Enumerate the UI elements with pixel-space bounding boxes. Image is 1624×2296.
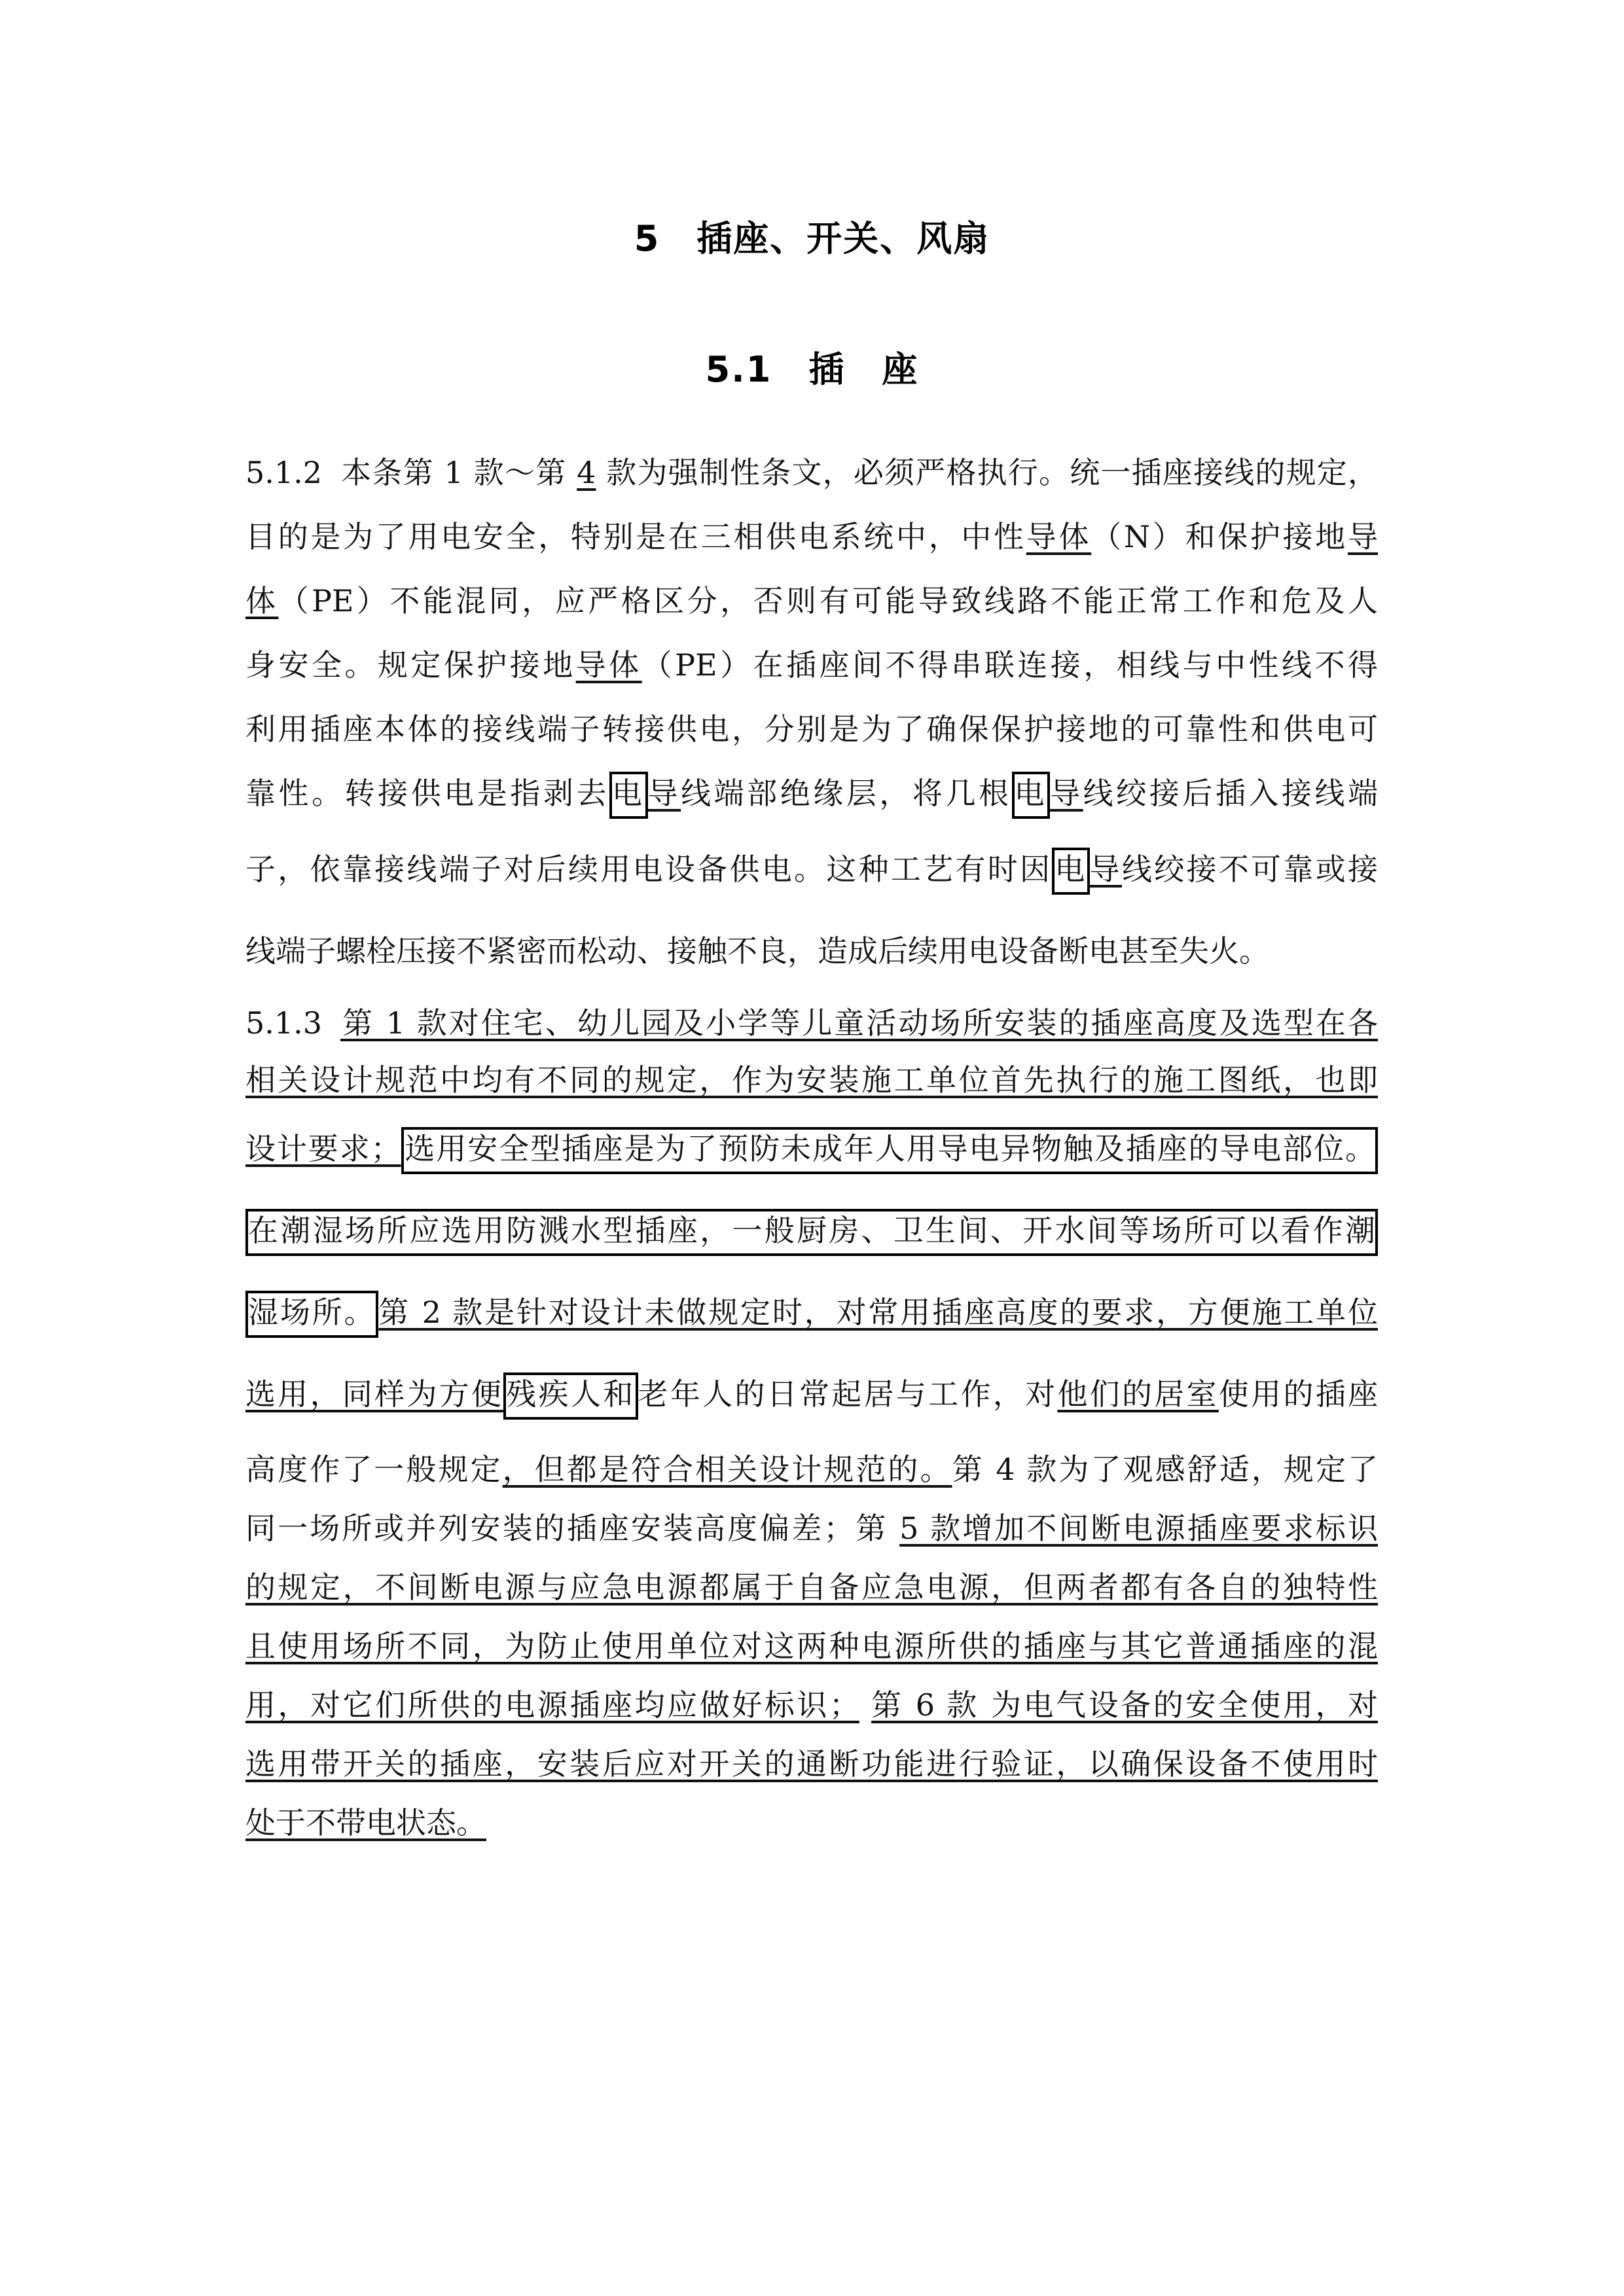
section-title: 插 座 [808, 349, 918, 390]
clause-5-1-3-line: 选用，同样为方便残疾人和老年人的日常起居与工作，对他们的居室使用的插座 [245, 1374, 1378, 1414]
clause-5-1-3-line: 同一场所或并列安装的插座安装高度偏差；第 5 款增加不间断电源插座要求标识 [245, 1509, 1378, 1548]
clause-5-1-3-line: 相关设计规范中均有不同的规定，作为安装施工单位首先执行的施工图纸，也即 [245, 1060, 1378, 1100]
clause-5-1-3-line: 用，对它们所供的电源插座均应做好标识； 第 6 款 为电气设备的安全使用，对 [245, 1685, 1378, 1725]
text-run: 高度作了一般规定 [245, 1452, 503, 1487]
clause-5-1-2-line: 线端子螺栓压接不紧密而松动、接触不良，造成后续用电设备断电甚至失火。 [245, 931, 1378, 971]
clause-5-1-3-line: 的规定，不间断电源与应急电源都属于自备应急电源，但两者都有各自的独特性 [245, 1568, 1378, 1607]
boxed-text: 电 [1012, 772, 1051, 819]
text-run: 靠性。转接供电是指剥去 [245, 776, 609, 811]
underlined-text: 第 6 款 为电气设备的安全使用，对 [871, 1687, 1378, 1723]
underlined-text: 选用，同样为方便 [245, 1376, 503, 1412]
clause-5-1-3-line: 选用带开关的插座，安装后应对开关的通断功能进行验证，以确保设备不使用时 [245, 1744, 1378, 1784]
text-run: 线端部绝缘层，将几根 [681, 776, 1011, 811]
underlined-text: 导 [1348, 519, 1378, 554]
underlined-text: 且使用场所不同，为防止使用单位对这两种电源所供的插座与其它普通插座的混 [245, 1628, 1378, 1664]
underlined-text: 选用带开关的插座，安装后应对开关的通断功能进行验证，以确保设备不使用时 [245, 1746, 1378, 1782]
underlined-text: ，但都是符合相关设计规范的。 [503, 1452, 952, 1487]
clause-5-1-2-line: 子，依靠接线端子对后续用电设备供电。这种工艺有时因电导线绞接不可靠或接 [245, 850, 1378, 889]
underlined-text: 4 [577, 455, 596, 490]
clause-5-1-3-line: 湿场所。第 2 款是针对设计未做规定时，对常用插座高度的要求，方便施工单位 [245, 1293, 1378, 1332]
boxed-text: 电 [1052, 848, 1089, 895]
chapter-title: 插座、开关、风扇 [696, 218, 990, 259]
section-number: 5.1 [706, 349, 772, 390]
underlined-text: 设计要求； [245, 1131, 401, 1166]
clause-5-1-3-line: 处于不带电状态。 [245, 1803, 1378, 1842]
boxed-text: 湿场所。 [245, 1291, 378, 1338]
underlined-text: 第 2 款是针对设计未做规定时，对常用插座高度的要求，方便施工单位 [378, 1295, 1378, 1330]
underlined-text: 导 [1090, 852, 1122, 887]
text-run: 线绞接不可靠或接 [1122, 852, 1378, 887]
clause-number: 5.1.2 [245, 455, 322, 490]
text-run: 目的是为了用电安全，特别是在三相供电系统中，中性 [245, 519, 1026, 554]
clause-5-1-3-line: 且使用场所不同，为防止使用单位对这两种电源所供的插座与其它普通插座的混 [245, 1626, 1378, 1666]
clause-5-1-2-line: 5.1.2本条第 1 款～第 4 款为强制性条文，必须严格执行。统一插座接线的规… [245, 453, 1378, 492]
underlined-text: 处于不带电状态。 [245, 1805, 486, 1840]
text-run: 线端子螺栓压接不紧密而松动、接触不良，造成后续用电设备断电甚至失火。 [245, 933, 1269, 969]
clause-5-1-2-line: 身安全。规定保护接地导体（PE）在插座间不得串联连接，相线与中性线不得 [245, 645, 1378, 685]
underlined-text: 第 1 款对住宅、幼儿园及小学等儿童活动场所安装的插座高度及选型在各 [340, 1005, 1378, 1041]
boxed-text: 在潮湿场所应选用防溅水型插座，一般厨房、卫生间、开水间等场所可以看作潮 [245, 1209, 1378, 1256]
text-run: 使用的插座 [1219, 1376, 1378, 1412]
underlined-text: 用，对它们所供的电源插座均应做好标识； [245, 1687, 859, 1723]
clause-5-1-2-line: 目的是为了用电安全，特别是在三相供电系统中，中性导体（N）和保护接地导 [245, 517, 1378, 556]
clause-5-1-2-line: 体（PE）不能混同，应严格区分，否则有可能导致线路不能正常工作和危及人 [245, 581, 1378, 620]
underlined-text: 导体 [1026, 519, 1091, 554]
clause-5-1-3-line: 5.1.3第 1 款对住宅、幼儿园及小学等儿童活动场所安装的插座高度及选型在各 [245, 1003, 1378, 1043]
text-run [859, 1687, 871, 1723]
underlined-text: 导 [1050, 776, 1083, 811]
chapter-number: 5 [634, 218, 660, 259]
text-run: （PE）不能混同，应严格区分，否则有可能导致线路不能正常工作和危及人 [278, 583, 1378, 619]
text-run: 利用插座本体的接线端子转接供电，分别是为了确保保护接地的可靠性和供电可 [245, 711, 1378, 747]
underlined-text: 导体 [576, 647, 642, 683]
text-run: （N）和保护接地 [1091, 519, 1348, 554]
section-heading: 5.1 插 座 [0, 342, 1624, 392]
text-run: 线绞接后插入接线端 [1083, 776, 1378, 811]
underlined-text: 5 款增加不间断电源插座要求标识 [899, 1511, 1378, 1546]
text-run: 同一场所或并列安装的插座安装高度偏差；第 [245, 1511, 899, 1546]
clause-5-1-3-line: 设计要求；选用安全型插座是为了预防未成年人用导电异物触及插座的导电部位。 [245, 1129, 1378, 1168]
text-run: 身安全。规定保护接地 [245, 647, 576, 683]
clause-5-1-2-line: 靠性。转接供电是指剥去电导线端部绝缘层，将几根电导线绞接后插入接线端 [245, 774, 1378, 813]
text-run: 子，依靠接线端子对后续用电设备供电。这种工艺有时因 [245, 852, 1052, 887]
underlined-text: 体 [245, 583, 278, 619]
boxed-text: 残疾人和 [503, 1372, 638, 1420]
clause-5-1-2-line: 利用插座本体的接线端子转接供电，分别是为了确保保护接地的可靠性和供电可 [245, 709, 1378, 749]
text-run: 第 4 款为了观感舒适，规定了 [952, 1452, 1378, 1487]
text-run: 老年人的日常起居与工作，对 [638, 1376, 1058, 1412]
underlined-text: 导 [648, 776, 681, 811]
underlined-text: 相关设计规范中均有不同的规定，作为安装施工单位首先执行的施工图纸，也即 [245, 1062, 1378, 1098]
boxed-text: 电 [609, 772, 648, 819]
text-run: 本条第 1 款～第 [340, 455, 577, 490]
text-run: 款为强制性条文，必须严格执行。统一插座接线的规定， [596, 455, 1378, 490]
boxed-text: 选用安全型插座是为了预防未成年人用导电异物触及插座的导电部位。 [401, 1127, 1378, 1174]
underlined-text: 的规定，不间断电源与应急电源都属于自备应急电源，但两者都有各自的独特性 [245, 1570, 1378, 1605]
clause-number: 5.1.3 [245, 1005, 322, 1041]
clause-5-1-3-line: 在潮湿场所应选用防溅水型插座，一般厨房、卫生间、开水间等场所可以看作潮 [245, 1211, 1378, 1250]
text-run: （PE）在插座间不得串联连接，相线与中性线不得 [642, 647, 1378, 683]
chapter-heading: 5 插座、开关、风扇 [0, 211, 1624, 261]
underlined-text: 他们的居室 [1057, 1376, 1218, 1412]
clause-5-1-3-line: 高度作了一般规定，但都是符合相关设计规范的。第 4 款为了观感舒适，规定了 [245, 1450, 1378, 1489]
